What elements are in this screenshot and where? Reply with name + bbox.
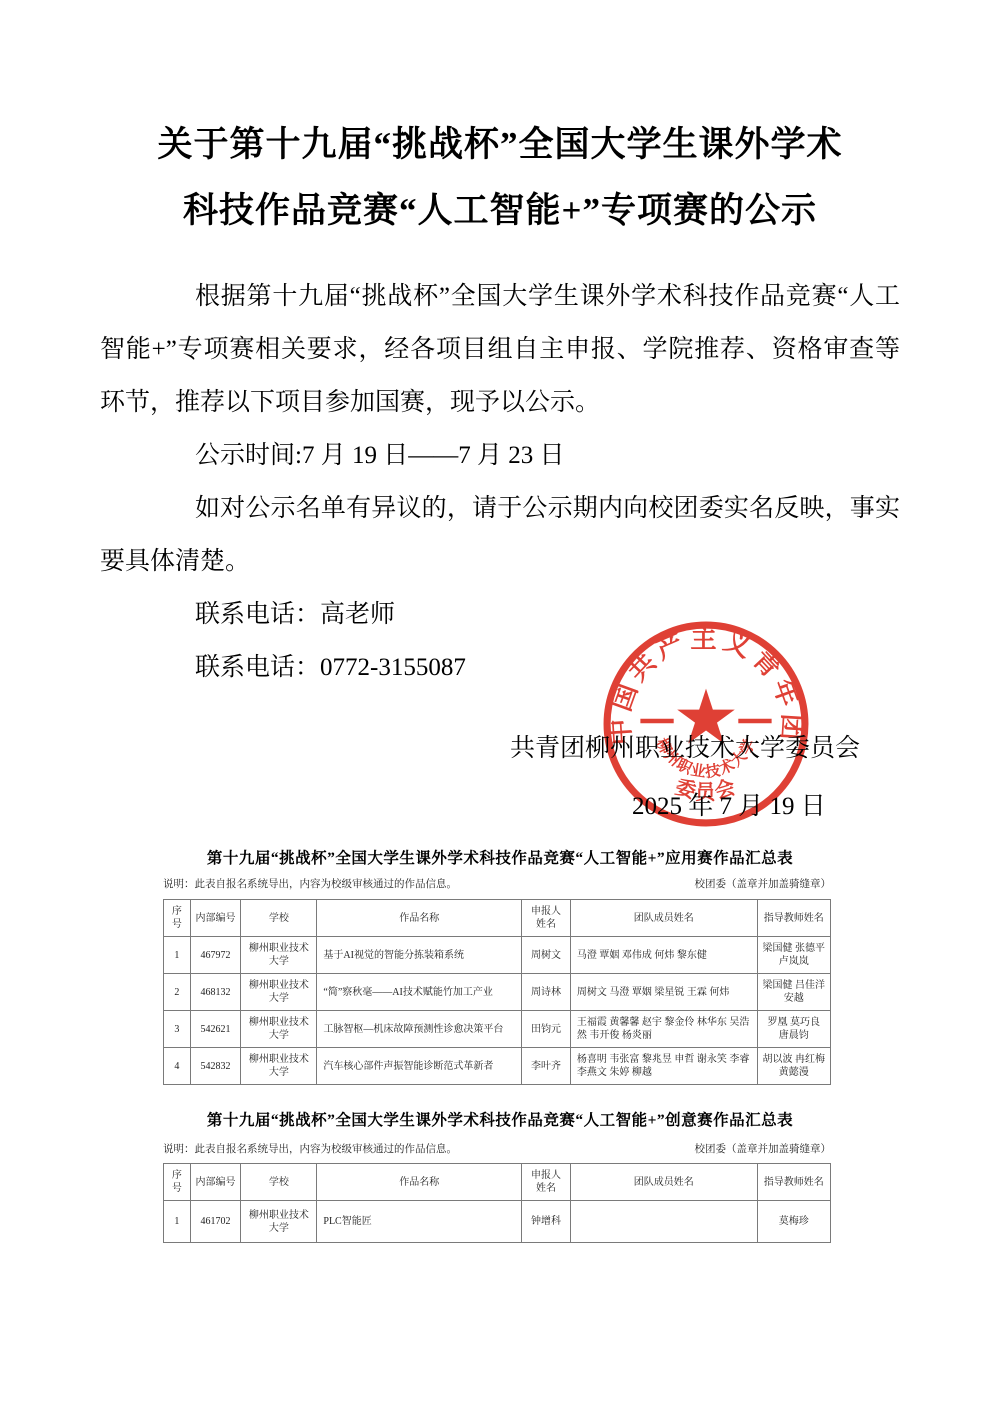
column-header-applicant: 申报人姓名 — [522, 900, 571, 937]
cell-applicant: 钟增科 — [522, 1201, 571, 1243]
document-title-line1: 关于第十九届“挑战杯”全国大学生课外学术 — [0, 112, 1000, 178]
table-row: 1 467972 柳州职业技术大学 基于AI视觉的智能分拣装箱系统 周树文 马澄… — [164, 937, 831, 974]
cell-seq: 1 — [164, 1201, 191, 1243]
column-header-team-members: 团队成员姓名 — [570, 900, 757, 937]
table-header-row: 序号 内部编号 学校 作品名称 申报人姓名 团队成员姓名 指导教师姓名 — [164, 900, 831, 937]
cell-internal-id: 461702 — [190, 1201, 241, 1243]
paragraph-publicity-time: 公示时间:7 月 19 日——7 月 23 日 — [100, 429, 900, 482]
column-header-school: 学校 — [241, 1164, 317, 1201]
cell-seq: 1 — [164, 937, 191, 974]
cell-internal-id: 468132 — [190, 974, 241, 1011]
cell-school: 柳州职业技术大学 — [241, 1201, 317, 1243]
creative-works-table: 序号 内部编号 学校 作品名称 申报人姓名 团队成员姓名 指导教师姓名 1 46… — [163, 1163, 831, 1243]
stamp-star-icon — [677, 689, 735, 744]
cell-school: 柳州职业技术大学 — [241, 1011, 317, 1048]
cell-advisors: 胡以波 冉红梅 黄懿漫 — [757, 1048, 830, 1085]
cell-team-members: 周树文 马澄 覃姻 梁星锐 王霖 何炜 — [570, 974, 757, 1011]
cell-internal-id: 542621 — [190, 1011, 241, 1048]
cell-applicant: 周诗林 — [522, 974, 571, 1011]
table2-title: 第十九届“挑战杯”全国大学生课外学术科技作品竞赛“人工智能+”创意赛作品汇总表 — [0, 1108, 1000, 1130]
cell-applicant: 周树文 — [522, 937, 571, 974]
signature-org: 共青团柳州职业技术大学委员会 — [0, 728, 1000, 764]
svg-text:委员会: 委员会 — [673, 774, 740, 803]
cell-applicant: 田钧元 — [522, 1011, 571, 1048]
table2-note-right: 校团委（盖章并加盖骑缝章） — [695, 1141, 832, 1156]
column-header-advisors: 指导教师姓名 — [757, 900, 830, 937]
cell-team-members: 马澄 覃姻 邓伟成 何炜 黎东健 — [570, 937, 757, 974]
table1-note-right: 校团委（盖章并加盖骑缝章） — [695, 876, 832, 891]
cell-advisors: 梁国健 张德平 卢岚岚 — [757, 937, 830, 974]
table1-note: 说明：此表自报名系统导出，内容为校级审核通过的作品信息。 校团委（盖章并加盖骑缝… — [163, 876, 831, 891]
column-header-seq: 序号 — [164, 1164, 191, 1201]
cell-school: 柳州职业技术大学 — [241, 1048, 317, 1085]
table1-title: 第十九届“挑战杯”全国大学生课外学术科技作品竞赛“人工智能+”应用赛作品汇总表 — [0, 846, 1000, 868]
cell-advisors: 罗凰 莫巧良 唐晨钧 — [757, 1011, 830, 1048]
cell-applicant: 李叶齐 — [522, 1048, 571, 1085]
table-row: 2 468132 柳州职业技术大学 “简”察秋毫——AI技术赋能竹加工产业 周诗… — [164, 974, 831, 1011]
document-title-line2: 科技作品竞赛“人工智能+”专项赛的公示 — [0, 178, 1000, 244]
column-header-team-members: 团队成员姓名 — [570, 1164, 757, 1201]
cell-team-members — [570, 1201, 757, 1243]
column-header-internal-id: 内部编号 — [190, 900, 241, 937]
official-seal-stamp: 中国共产主义青年团 柳州职业技术大学 委员会 — [600, 618, 812, 830]
column-header-internal-id: 内部编号 — [190, 1164, 241, 1201]
cell-seq: 2 — [164, 974, 191, 1011]
table-row: 1 461702 柳州职业技术大学 PLC智能匠 钟增科 莫梅珍 — [164, 1201, 831, 1243]
column-header-applicant: 申报人姓名 — [522, 1164, 571, 1201]
cell-school: 柳州职业技术大学 — [241, 937, 317, 974]
cell-internal-id: 467972 — [190, 937, 241, 974]
table-row: 4 542832 柳州职业技术大学 汽车核心部件声振智能诊断范式革新者 李叶齐 … — [164, 1048, 831, 1085]
document-title: 关于第十九届“挑战杯”全国大学生课外学术 科技作品竞赛“人工智能+”专项赛的公示 — [0, 0, 1000, 244]
cell-advisors: 梁国健 吕佳洋 安越 — [757, 974, 830, 1011]
cell-team-members: 王福霞 黄馨馨 赵宇 黎金伶 林华东 吴浩然 韦开俊 杨炎丽 — [570, 1011, 757, 1048]
table1-note-left: 说明：此表自报名系统导出，内容为校级审核通过的作品信息。 — [163, 876, 457, 891]
cell-advisors: 莫梅珍 — [757, 1201, 830, 1243]
table2-note-left: 说明：此表自报名系统导出，内容为校级审核通过的作品信息。 — [163, 1141, 457, 1156]
cell-internal-id: 542832 — [190, 1048, 241, 1085]
cell-work-name: 基于AI视觉的智能分拣装箱系统 — [317, 937, 522, 974]
column-header-advisors: 指导教师姓名 — [757, 1164, 830, 1201]
cell-seq: 4 — [164, 1048, 191, 1085]
table2-note: 说明：此表自报名系统导出，内容为校级审核通过的作品信息。 校团委（盖章并加盖骑缝… — [163, 1141, 831, 1156]
cell-school: 柳州职业技术大学 — [241, 974, 317, 1011]
svg-text:柳州职业技术大学: 柳州职业技术大学 — [652, 735, 759, 781]
cell-work-name: 工脉智枢—机床故障预测性诊愈决策平台 — [317, 1011, 522, 1048]
column-header-seq: 序号 — [164, 900, 191, 937]
table-row: 3 542621 柳州职业技术大学 工脉智枢—机床故障预测性诊愈决策平台 田钧元… — [164, 1011, 831, 1048]
column-header-work-name: 作品名称 — [317, 1164, 522, 1201]
application-works-table: 序号 内部编号 学校 作品名称 申报人姓名 团队成员姓名 指导教师姓名 1 46… — [163, 899, 831, 1085]
column-header-work-name: 作品名称 — [317, 900, 522, 937]
cell-seq: 3 — [164, 1011, 191, 1048]
stamp-committee-text: 委员会 — [673, 774, 740, 803]
column-header-school: 学校 — [241, 900, 317, 937]
table-header-row: 序号 内部编号 学校 作品名称 申报人姓名 团队成员姓名 指导教师姓名 — [164, 1164, 831, 1201]
cell-work-name: PLC智能匠 — [317, 1201, 522, 1243]
cell-work-name: “简”察秋毫——AI技术赋能竹加工产业 — [317, 974, 522, 1011]
paragraph-objection: 如对公示名单有异议的，请于公示期内向校团委实名反映，事实要具体清楚。 — [100, 482, 900, 588]
stamp-school-text: 柳州职业技术大学 — [652, 735, 759, 781]
document-page: 关于第十九届“挑战杯”全国大学生课外学术 科技作品竞赛“人工智能+”专项赛的公示… — [0, 0, 1000, 1414]
cell-work-name: 汽车核心部件声振智能诊断范式革新者 — [317, 1048, 522, 1085]
cell-team-members: 杨喜明 韦张富 黎兆昱 申哲 谢永笑 李睿 李燕文 朱婷 柳越 — [570, 1048, 757, 1085]
paragraph-intro: 根据第十九届“挑战杯”全国大学生课外学术科技作品竞赛“人工智能+”专项赛相关要求… — [100, 270, 900, 429]
